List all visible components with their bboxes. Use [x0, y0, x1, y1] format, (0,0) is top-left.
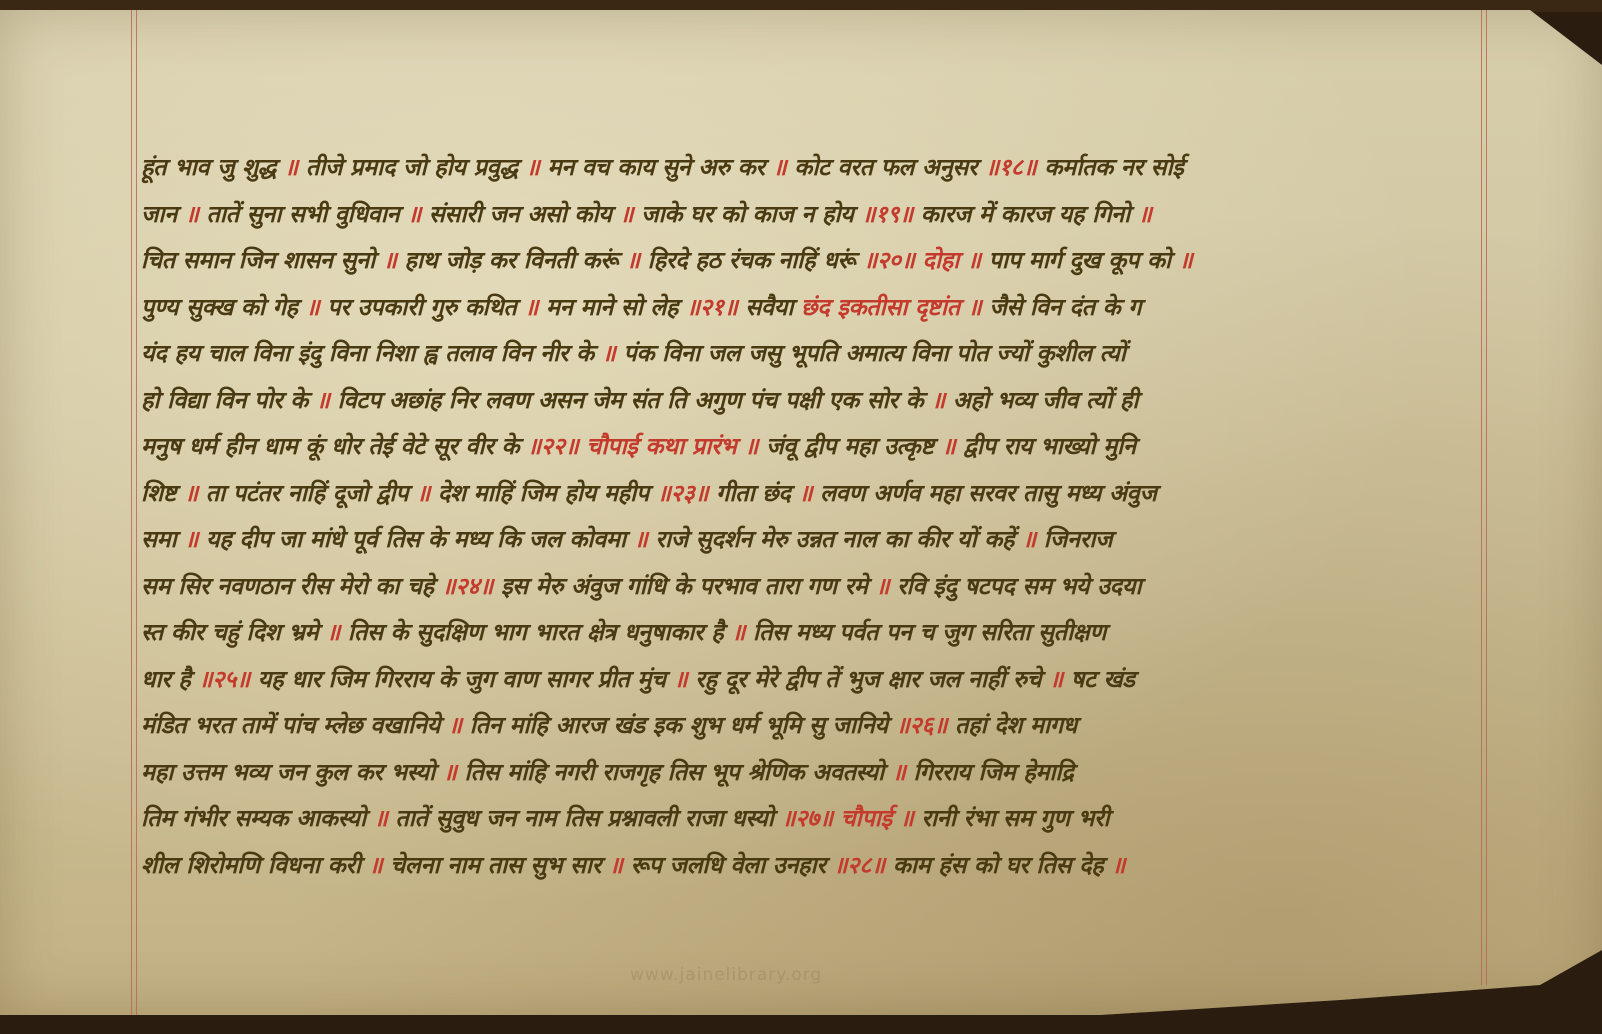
rubric-text: ॥ [524, 293, 546, 321]
rubric-text: ॥२४॥ [442, 572, 501, 600]
manuscript-text-block: हूंत भाव जु शुद्ध ॥ तीजे प्रमाद जो होय प… [141, 144, 1479, 888]
verse-text: लवण अर्णव महा सरवर तासु मध्य अंवुज [820, 479, 1156, 507]
rubric-text: ॥ [1138, 200, 1152, 228]
manuscript-line: हूंत भाव जु शुद्ध ॥ तीजे प्रमाद जो होय प… [141, 144, 1479, 191]
verse-text: तातें सुवुध जन नाम तिस प्रश्नावली राजा ध… [395, 804, 781, 832]
verse-text: काम हंस को घर तिस देह [893, 851, 1112, 879]
manuscript-scene: हूंत भाव जु शुद्ध ॥ तीजे प्रमाद जो होय प… [0, 0, 1602, 1034]
verse-text: गीता छंद [716, 479, 798, 507]
rubric-text: ॥ [448, 711, 470, 739]
verse-text: तहां देश मागध [955, 711, 1077, 739]
verse-text: यंद हय चाल विना इंदु विना निशा ह्व तलाव … [141, 339, 602, 367]
rubric-text: ॥ [967, 246, 989, 274]
rubric-text: ॥ [185, 200, 207, 228]
rubric-text: ॥ [407, 200, 429, 228]
verse-text: मन माने सो लेह [546, 293, 686, 321]
verse-text: जैसे विन दंत के ग [989, 293, 1141, 321]
rubric-text: ॥२२॥ [527, 432, 586, 460]
verse-text: मनुष धर्म हीन धाम कूं धोर तेई वेटे सूर व… [141, 432, 527, 460]
verse-text: राजे सुदर्शन मेरु उन्नत नाल का कीर यों क… [655, 525, 1022, 553]
verse-text: जंवू द्वीप महा उत्कृष्ट [766, 432, 942, 460]
verse-text: रानी रंभा सम गुण भरी [921, 804, 1109, 832]
rubric-text: ॥ [798, 479, 820, 507]
rubric-text: दोहा [923, 246, 967, 274]
verse-text: कारज में कारज यह गिनो [921, 200, 1138, 228]
verse-text: पुण्य सुक्ख को गेह [141, 293, 306, 321]
verse-text: तिन मांहि आरज खंड इक शुभ धर्म भूमि सु जा… [470, 711, 896, 739]
verse-text: जिनराज [1044, 525, 1113, 553]
rubric-text: चौपाई कथा प्रारंभ [586, 432, 744, 460]
rubric-text: ॥ [942, 432, 964, 460]
rubric-text: ॥ [1179, 246, 1193, 274]
watermark: www.jainelibrary.org [630, 965, 822, 985]
verse-text: समा [141, 525, 184, 553]
rubric-text: चौपाई [841, 804, 900, 832]
rubric-text: ॥ [284, 153, 306, 181]
manuscript-line: जान ॥ तातें सुना सभी वुधिवान ॥ संसारी जन… [141, 191, 1479, 238]
verse-text: स्त कीर चहुं दिश भ्रमे [141, 618, 326, 646]
verse-text: चेलना नाम तास सुभ सार [390, 851, 609, 879]
rubric-text: ॥ [526, 153, 548, 181]
manuscript-line: मनुष धर्म हीन धाम कूं धोर तेई वेटे सूर व… [141, 423, 1479, 470]
left-margin-rule [131, 10, 137, 1015]
rubric-text: ॥ [306, 293, 328, 321]
manuscript-line: यंद हय चाल विना इंदु विना निशा ह्व तलाव … [141, 330, 1479, 377]
verse-text: कोट वरत फल अनुसर [794, 153, 985, 181]
rubric-text: ॥ [443, 758, 465, 786]
rubric-text: ॥२५॥ [199, 665, 258, 693]
rubric-text: ॥ [900, 804, 922, 832]
manuscript-line: धार है ॥२५॥ यह धार जिम गिरराय के जुग वाण… [141, 656, 1479, 703]
rubric-text: ॥ [744, 432, 766, 460]
verse-text: जाके घर को काज न होय [641, 200, 861, 228]
rubric-text: ॥ [1049, 665, 1071, 693]
verse-text: तिस मध्य पर्वत पन च जुग सरिता सुतीक्षण [753, 618, 1106, 646]
verse-text: जान [141, 200, 185, 228]
verse-text: मंडित भरत तामें पांच म्लेछ वखानिये [141, 711, 448, 739]
verse-text: मन वच काय सुने अरु कर [547, 153, 772, 181]
rubric-text: छंद इकतीसा दृष्टांत [801, 293, 968, 321]
verse-text: हिरदे हठ रंचक नाहिं धरूं [648, 246, 864, 274]
manuscript-line: मंडित भरत तामें पांच म्लेछ वखानिये ॥ तिन… [141, 702, 1479, 749]
rubric-text: ॥ [383, 246, 405, 274]
verse-text: तिस के सुदक्षिण भाग भारत क्षेत्र धनुषाका… [348, 618, 731, 646]
verse-text: संसारी जन असो कोय [429, 200, 620, 228]
verse-text: पर उपकारी गुरु कथित [327, 293, 524, 321]
verse-text: इस मेरु अंवुज गांधि के परभाव तारा गण रमे [501, 572, 876, 600]
rubric-text: ॥ [184, 479, 206, 507]
rubric-text: ॥ [931, 386, 953, 414]
rubric-text: ॥१९॥ [861, 200, 920, 228]
right-margin-rule [1481, 10, 1487, 985]
rubric-text: ॥२८॥ [834, 851, 893, 879]
verse-text: रवि इंदु षटपद सम भये उदया [897, 572, 1141, 600]
verse-text: ता पटंतर नाहिं दूजो द्वीप [206, 479, 416, 507]
rubric-text: ॥२७॥ [781, 804, 840, 832]
manuscript-line: सम सिर नवणठान रीस मेरो का चहे ॥२४॥ इस मे… [141, 563, 1479, 610]
manuscript-line: चित समान जिन शासन सुनो ॥ हाथ जोड़ कर विन… [141, 237, 1479, 284]
manuscript-line: हो विद्या विन पोर के ॥ विटप अछांह निर लव… [141, 377, 1479, 424]
verse-text: तिस मांहि नगरी राजगृह तिस भूप श्रेणिक अव… [465, 758, 892, 786]
rubric-text: ॥ [634, 525, 656, 553]
rubric-text: ॥ [369, 851, 391, 879]
manuscript-line: स्त कीर चहुं दिश भ्रमे ॥ तिस के सुदक्षिण… [141, 609, 1479, 656]
manuscript-folio: हूंत भाव जु शुद्ध ॥ तीजे प्रमाद जो होय प… [0, 10, 1602, 1015]
rubric-text: ॥ [773, 153, 795, 181]
manuscript-line: समा ॥ यह दीप जा मांधे पूर्व तिस के मध्य … [141, 516, 1479, 563]
verse-text: धार है [141, 665, 199, 693]
rubric-text: ॥ [374, 804, 396, 832]
rubric-text: ॥ [626, 246, 648, 274]
manuscript-line: शिष्ट ॥ ता पटंतर नाहिं दूजो द्वीप ॥ देश … [141, 470, 1479, 517]
rubric-text: ॥ [316, 386, 338, 414]
verse-text: यह धार जिम गिरराय के जुग वाण सागर प्रीत … [258, 665, 674, 693]
verse-text: रहु दूर मेरे द्वीप तें भुज क्षार जल नाही… [695, 665, 1049, 693]
rubric-text: ॥ [731, 618, 753, 646]
verse-text: कर्मातक नर सोई [1044, 153, 1183, 181]
verse-text: देश माहिं जिम होय महीप [438, 479, 657, 507]
rubric-text: ॥ [416, 479, 438, 507]
rubric-text: ॥ [619, 200, 641, 228]
rubric-text: ॥ [326, 618, 348, 646]
rubric-text: ॥ [1111, 851, 1125, 879]
rubric-text: ॥१८॥ [985, 153, 1044, 181]
rubric-text: ॥२०॥ [863, 246, 922, 274]
rubric-text: ॥२१॥ [686, 293, 745, 321]
rubric-text: ॥ [875, 572, 897, 600]
verse-text: रूप जलधि वेला उनहार [631, 851, 834, 879]
verse-text: शील शिरोमणि विधना करी [141, 851, 369, 879]
verse-text: हूंत भाव जु शुद्ध [141, 153, 284, 181]
rubric-text: ॥२६॥ [896, 711, 955, 739]
rubric-text: ॥ [184, 525, 206, 553]
verse-text: पंक विना जल जसु भूपति अमात्य विना पोत ज्… [623, 339, 1125, 367]
verse-text: सवैया [745, 293, 801, 321]
verse-text: तिम गंभीर सम्यक आकस्यो [141, 804, 374, 832]
verse-text: यह दीप जा मांधे पूर्व तिस के मध्य कि जल … [206, 525, 634, 553]
manuscript-line: पुण्य सुक्ख को गेह ॥ पर उपकारी गुरु कथित… [141, 284, 1479, 331]
verse-text: तातें सुना सभी वुधिवान [207, 200, 408, 228]
rubric-text: ॥ [674, 665, 696, 693]
verse-text: विटप अछांह निर लवण असन जेम संत ति अगुण प… [338, 386, 932, 414]
verse-text: चित समान जिन शासन सुनो [141, 246, 383, 274]
manuscript-line: शील शिरोमणि विधना करी ॥ चेलना नाम तास सु… [141, 842, 1479, 889]
rubric-text: ॥ [968, 293, 990, 321]
rubric-text: ॥ [602, 339, 624, 367]
rubric-text: ॥ [609, 851, 631, 879]
verse-text: शिष्ट [141, 479, 184, 507]
rubric-text: ॥२३॥ [657, 479, 716, 507]
rubric-text: ॥ [892, 758, 914, 786]
rubric-text: ॥ [1022, 525, 1044, 553]
verse-text: तीजे प्रमाद जो होय प्रवुद्ध [306, 153, 526, 181]
verse-text: हाथ जोड़ कर विनती करूं [405, 246, 626, 274]
verse-text: महा उत्तम भव्य जन कुल कर भस्यो [141, 758, 443, 786]
manuscript-line: तिम गंभीर सम्यक आकस्यो ॥ तातें सुवुध जन … [141, 795, 1479, 842]
manuscript-line: महा उत्तम भव्य जन कुल कर भस्यो ॥ तिस मां… [141, 749, 1479, 796]
verse-text: षट खंड [1071, 665, 1135, 693]
verse-text: द्वीप राय भाख्यो मुनि [963, 432, 1135, 460]
verse-text: हो विद्या विन पोर के [141, 386, 316, 414]
verse-text: गिरराय जिम हेमाद्रि [914, 758, 1074, 786]
verse-text: सम सिर नवणठान रीस मेरो का चहे [141, 572, 442, 600]
verse-text: पाप मार्ग दुख कूप को [989, 246, 1179, 274]
verse-text: अहो भव्य जीव त्यों ही [953, 386, 1138, 414]
